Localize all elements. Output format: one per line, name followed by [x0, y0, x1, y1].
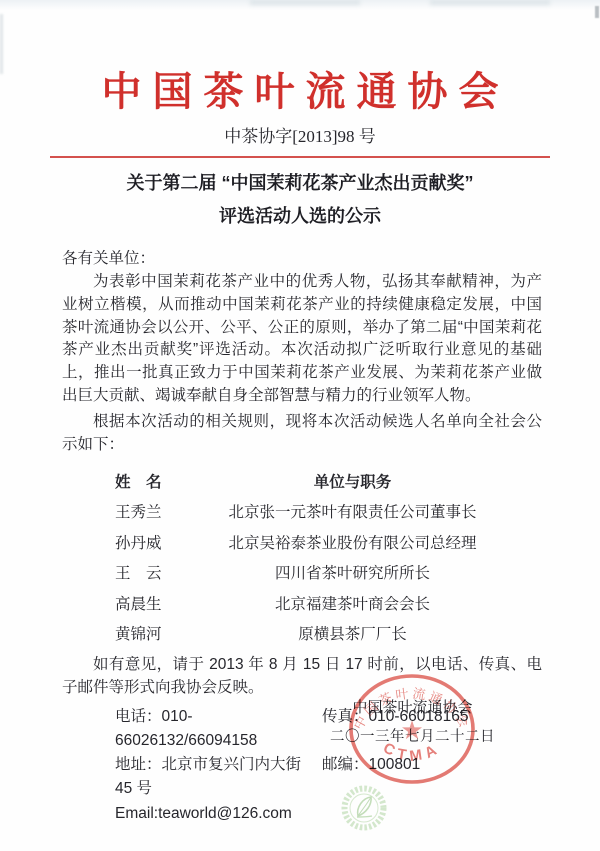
header-name-label: 姓 名: [115, 470, 215, 492]
candidate-table: 姓 名 单位与职务 王秀兰 北京张一元茶叶有限责任公司董事长 孙丹威 北京吴裕泰…: [115, 465, 490, 648]
feedback-paragraph: 如有意见，请于 2013 年 8 月 15 日 17 时前，以电话、传真、电子邮…: [62, 654, 542, 700]
candidate-position: 北京吴裕泰茶业股份有限公司总经理: [215, 531, 490, 553]
table-row: 高晨生 北京福建茶叶商会会长: [115, 587, 490, 618]
subject-line-1: 关于第二届 “中国茉莉花茶产业杰出贡献奖”: [0, 167, 600, 200]
candidate-position: 北京张一元茶叶有限责任公司董事长: [215, 500, 490, 522]
scanned-document-page: 中国茶叶流通协会 中茶协字[2013]98 号 关于第二届 “中国茉莉花茶产业杰…: [0, 0, 600, 851]
subject-line-2: 评选活动人选的公示: [0, 200, 600, 233]
header-position-label: 单位与职务: [215, 470, 490, 492]
scan-artifact-edge: [0, 14, 3, 74]
candidate-name: 高晨生: [115, 592, 215, 614]
document-number: 中茶协字[2013]98 号: [0, 122, 600, 147]
salutation: 各有关单位：: [62, 246, 542, 268]
address-line: 地址：北京市复兴门内大街 45 号: [115, 753, 322, 801]
body-paragraph-1: 为表彰中国茉莉花茶产业中的优秀人物，弘扬其奉献精神，为产业树立楷模，从而推动中国…: [62, 271, 542, 408]
zip-line: 邮编：100801: [322, 753, 420, 801]
zip-label: 邮编：: [322, 756, 369, 773]
address-label: 地址：: [115, 756, 162, 773]
candidate-name: 黄锦河: [115, 622, 215, 644]
signature-block: 中国茶叶流通协会 二〇一三年七月二十二日: [330, 696, 495, 746]
candidate-name: 王秀兰: [115, 500, 215, 522]
candidate-name: 王 云: [115, 561, 215, 583]
phone-label: 电话：: [115, 708, 162, 725]
body-paragraph-2: 根据本次活动的相关规则，现将本次活动候选人名单向全社会公示如下：: [62, 411, 542, 457]
contact-address-zip-row: 地址：北京市复兴门内大街 45 号 邮编：100801: [115, 753, 600, 801]
scan-artifact-dot: [595, 6, 599, 18]
zip-value: 100801: [369, 756, 421, 773]
candidate-name: 孙丹威: [115, 531, 215, 553]
candidate-position: 四川省茶叶研究所所长: [215, 561, 490, 583]
subject-heading: 关于第二届 “中国茉莉花茶产业杰出贡献奖” 评选活动人选的公示: [0, 167, 600, 233]
table-row: 王 云 四川省茶叶研究所所长: [115, 557, 490, 588]
signature-date: 二〇一三年七月二十二日: [330, 725, 495, 746]
candidate-position: 原横县茶厂厂长: [215, 622, 490, 644]
letterhead-divider: [50, 156, 550, 158]
email-line: Email:teaworld@126.com: [115, 802, 600, 826]
signature-org-name: 中国茶叶流通协会: [330, 696, 495, 717]
table-header-row: 姓 名 单位与职务: [115, 465, 490, 496]
phone-line: 电话：010-66026132/66094158: [115, 705, 322, 753]
letterhead-org-title: 中国茶叶流通协会: [0, 0, 600, 114]
table-row: 黄锦河 原横县茶厂厂长: [115, 618, 490, 649]
table-row: 孙丹威 北京吴裕泰茶业股份有限公司总经理: [115, 526, 490, 557]
candidate-position: 北京福建茶叶商会会长: [215, 592, 490, 614]
table-row: 王秀兰 北京张一元茶叶有限责任公司董事长: [115, 496, 490, 527]
